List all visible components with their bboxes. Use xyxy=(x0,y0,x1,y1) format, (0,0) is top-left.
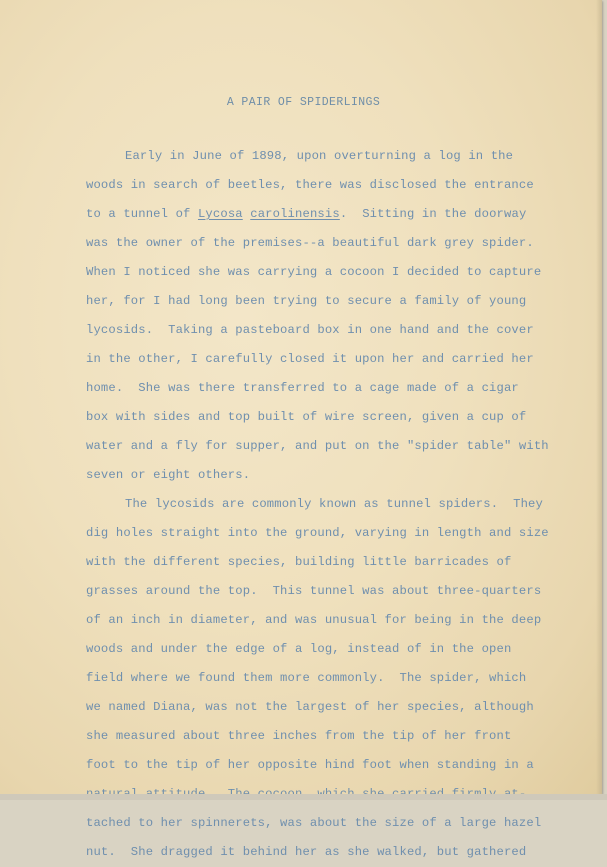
text-line: in the other, I carefully closed it upon… xyxy=(86,345,586,374)
text-line: foot to the tip of her opposite hind foo… xyxy=(86,751,586,780)
text-segment: to a tunnel of xyxy=(86,207,198,221)
text-line: water and a fly for supper, and put on t… xyxy=(86,432,586,461)
text-line: When I noticed she was carrying a cocoon… xyxy=(86,258,586,287)
text-line: home. She was there transferred to a cag… xyxy=(86,374,586,403)
text-line: field where we found them more commonly.… xyxy=(86,664,586,693)
text-line: box with sides and top built of wire scr… xyxy=(86,403,586,432)
typewritten-page: A PAIR OF SPIDERLINGS Early in June of 1… xyxy=(0,0,602,794)
scan-background-edge xyxy=(0,794,607,800)
text-line: seven or eight others. xyxy=(86,461,586,490)
text-line: with the different species, building lit… xyxy=(86,548,586,577)
paragraph-1: Early in June of 1898, upon overturning … xyxy=(86,142,586,490)
text-line: of an inch in diameter, and was unusual … xyxy=(86,606,586,635)
text-line: woods in search of beetles, there was di… xyxy=(86,171,586,200)
text-line: lycosids. Taking a pasteboard box in one… xyxy=(86,316,586,345)
text-line: her, for I had long been trying to secur… xyxy=(86,287,586,316)
document-body: Early in June of 1898, upon overturning … xyxy=(86,142,586,800)
text-line: dig holes straight into the ground, vary… xyxy=(86,519,586,548)
species-name-epithet: carolinensis xyxy=(250,207,340,221)
text-line: woods and under the edge of a log, inste… xyxy=(86,635,586,664)
text-line: grasses around the top. This tunnel was … xyxy=(86,577,586,606)
paragraph-2: The lycosids are commonly known as tunne… xyxy=(86,490,586,800)
species-name-genus: Lycosa xyxy=(198,207,243,221)
text-line: Early in June of 1898, upon overturning … xyxy=(86,142,586,171)
text-line: we named Diana, was not the largest of h… xyxy=(86,693,586,722)
text-line: The lycosids are commonly known as tunne… xyxy=(86,490,586,519)
document-title: A PAIR OF SPIDERLINGS xyxy=(0,96,607,109)
text-line: was the owner of the premises--a beautif… xyxy=(86,229,586,258)
text-line: she measured about three inches from the… xyxy=(86,722,586,751)
text-segment: . Sitting in the doorway xyxy=(340,207,527,221)
text-line: to a tunnel of Lycosa carolinensis. Sitt… xyxy=(86,200,586,229)
